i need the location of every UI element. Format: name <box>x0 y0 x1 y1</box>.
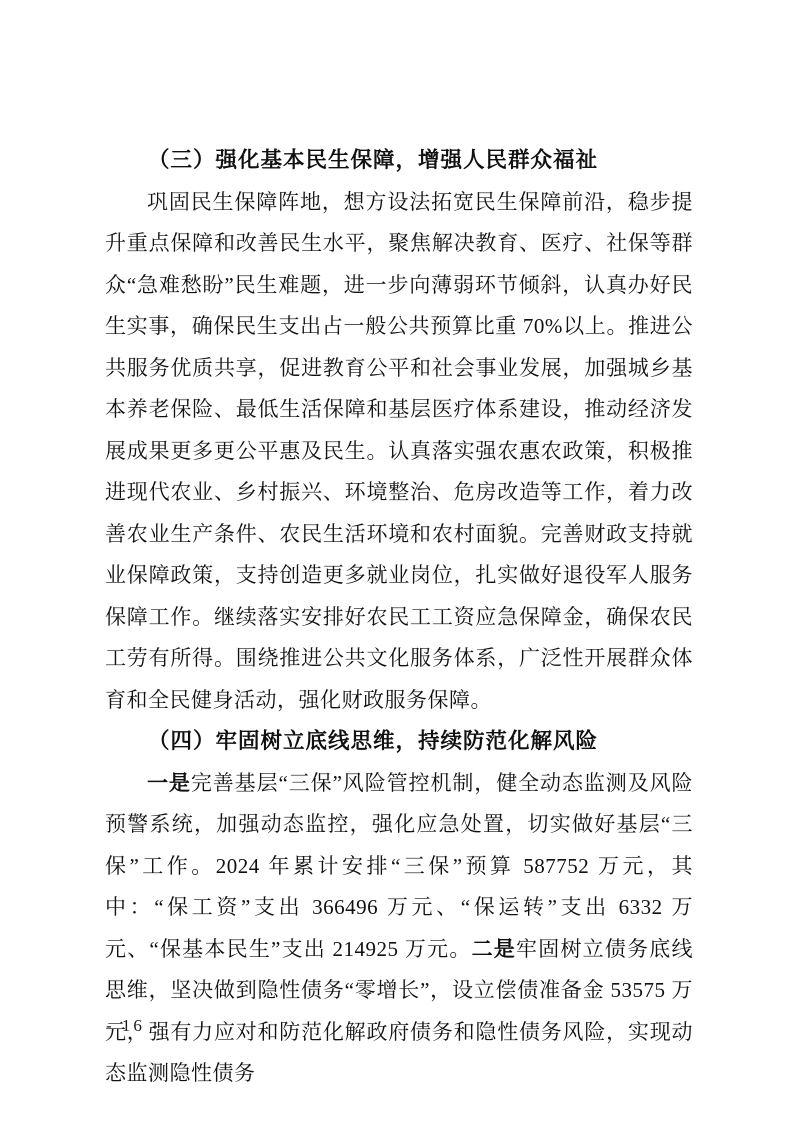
section-4-paragraph: 一是完善基层“三保”风险管控机制，健全动态监测及风险预警系统，加强动态监控，强化… <box>105 763 693 1095</box>
section-heading-4: （四）牢固树立底线思维，持续防范化解风险 <box>105 721 693 763</box>
document-body: （三）强化基本民生保障，增强人民群众福祉 巩固民生保障阵地，想方设法拓宽民生保障… <box>105 140 693 1095</box>
document-page: （三）强化基本民生保障，增强人民群众福祉 巩固民生保障阵地，想方设法拓宽民生保障… <box>0 0 793 1122</box>
section-heading-3: （三）强化基本民生保障，增强人民群众福祉 <box>105 140 693 182</box>
section-3-paragraph: 巩固民生保障阵地，想方设法拓宽民生保障前沿，稳步提升重点保障和改善民生水平，聚焦… <box>105 182 693 722</box>
run-in-emphasis-first: 一是 <box>147 771 191 795</box>
page-footer: - 16 - <box>106 1016 161 1036</box>
page-number: - 16 - <box>106 1016 161 1035</box>
first-point-text: 完善基层“三保”风险管控机制，健全动态监测及风险预警系统，加强动态监控，强化应急… <box>105 771 693 961</box>
run-in-emphasis-second: 二是 <box>472 937 516 961</box>
